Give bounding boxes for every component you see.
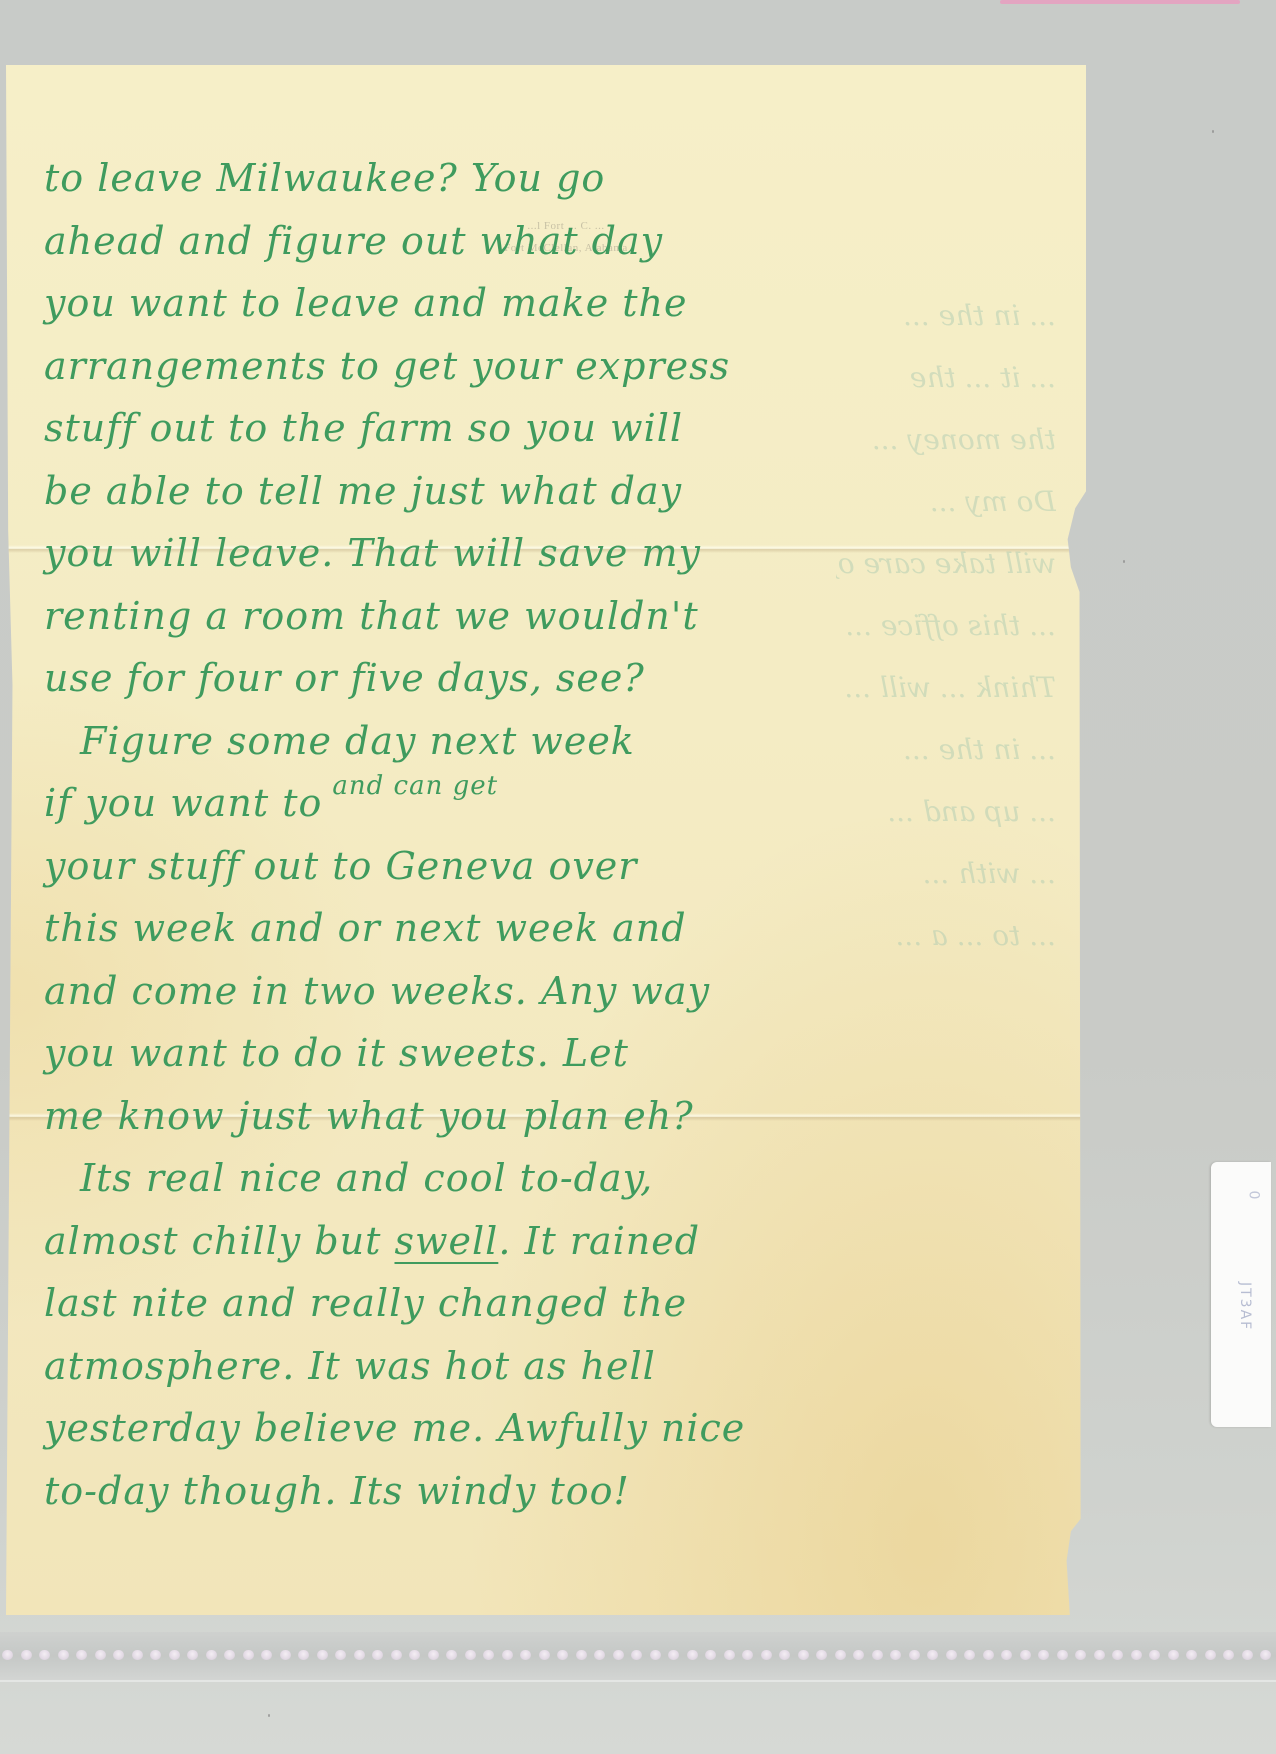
letter-line-text: if you want to — [44, 781, 322, 825]
side-label-text: JT3AF — [1237, 1282, 1253, 1532]
letter-line: yesterday believe me. Awfully nice — [44, 1397, 1064, 1460]
letter-line: and come in two weeks. Any way — [44, 960, 1064, 1023]
pink-edge-mark — [1000, 0, 1240, 4]
letter-line: if you want toand can get — [44, 772, 1064, 835]
letter-line: to-day though. Its windy too! — [44, 1460, 1064, 1523]
letter-line: Figure some day next week — [44, 710, 1064, 773]
letter-line: renting a room that we wouldn't — [44, 585, 1064, 648]
letter-line: be able to tell me just what day — [44, 460, 1064, 523]
inserted-text: and can get — [332, 771, 498, 801]
letter-line: Its real nice and cool to-day, — [44, 1147, 1064, 1210]
letter-line: arrangements to get your express — [44, 335, 1064, 398]
letter-line: you want to do it sweets. Let — [44, 1022, 1064, 1085]
letter-line-text: almost chilly but — [44, 1219, 394, 1263]
letter-line: to leave Milwaukee? You go — [44, 147, 1064, 210]
underlined-word: swell — [394, 1219, 498, 1263]
letter-line-text: . It rained — [498, 1219, 700, 1263]
letter-line: this week and or next week and — [44, 897, 1064, 960]
letter-line: almost chilly but swell. It rained — [44, 1210, 1064, 1273]
letter-line: your stuff out to Geneva over — [44, 835, 1064, 898]
letter-line: you want to leave and make the — [44, 272, 1064, 335]
side-label-mark: 0 — [1245, 1191, 1261, 1200]
dust-speck — [1212, 130, 1214, 133]
sleeve-perforations — [0, 1650, 1276, 1662]
letter-line: last nite and really changed the — [44, 1272, 1064, 1335]
letter-line: ahead and figure out what day — [44, 210, 1064, 273]
letter-line: me know just what you plan eh? — [44, 1085, 1064, 1148]
archival-sleeve-strip — [0, 1632, 1276, 1682]
dust-speck — [1123, 560, 1125, 563]
letter-line: use for four or five days, see? — [44, 647, 1064, 710]
archival-side-label: 0 JT3AF — [1211, 1162, 1271, 1427]
letter-line: atmosphere. It was hot as hell — [44, 1335, 1064, 1398]
dust-speck — [268, 1714, 270, 1717]
handwritten-body: to leave Milwaukee? You go ahead and fig… — [44, 147, 1064, 1522]
letter-page: ...l Fort ... C. ... Fort McClellan, Ala… — [6, 65, 1086, 1615]
letter-line: you will leave. That will save my — [44, 522, 1064, 585]
letter-line: stuff out to the farm so you will — [44, 397, 1064, 460]
